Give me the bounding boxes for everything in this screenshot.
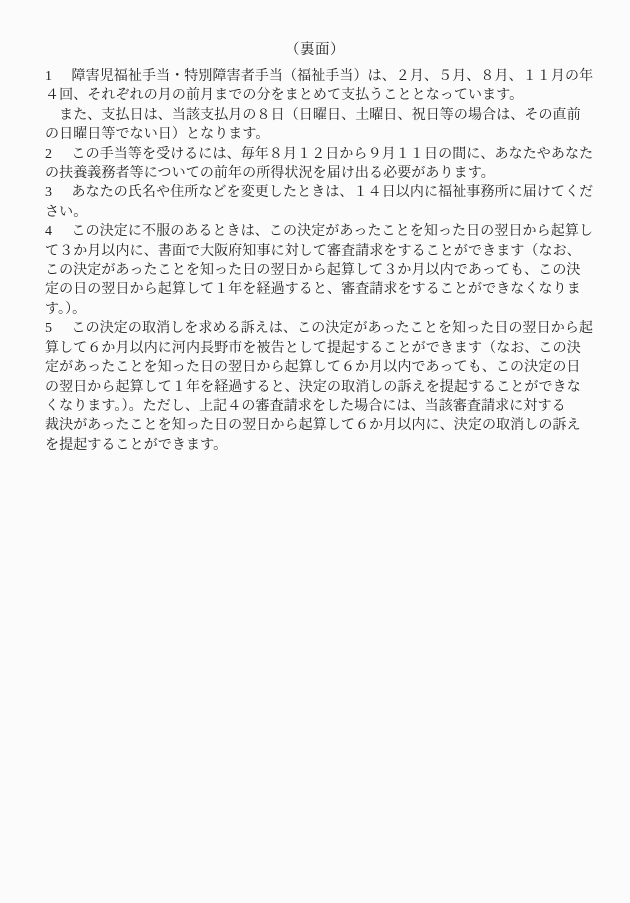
document-line: の扶養義務者等についての前年の所得状況を届け出る必要があります。 xyxy=(45,164,592,183)
document-line: 2この手当等を受けるには、毎年８月１２日から９月１１日の間に、あなたやあなた xyxy=(45,145,592,164)
document-line: を提起することができます。 xyxy=(45,436,592,455)
item-number: 1 xyxy=(45,67,72,86)
item-number: 5 xyxy=(45,319,72,338)
document-page: （裏面） 1障害児福祉手当・特別障害者手当（福祉手当）は、２月、５月、８月、１１… xyxy=(0,0,630,903)
document-line: 4この決定に不服のあるときは、この決定があったことを知った日の翌日から起算し xyxy=(45,222,592,241)
item-number: 2 xyxy=(45,145,72,164)
item-text: 障害児福祉手当・特別障害者手当（福祉手当）は、２月、５月、８月、１１月の年 xyxy=(72,69,594,84)
item-text: この決定に不服のあるときは、この決定があったことを知った日の翌日から起算し xyxy=(72,224,594,239)
document-line: 1障害児福祉手当・特別障害者手当（福祉手当）は、２月、５月、８月、１１月の年 xyxy=(45,67,592,86)
item-number: 4 xyxy=(45,222,72,241)
document-line: 裁決があったことを知った日の翌日から起算して６か月以内に、決定の取消しの訴え xyxy=(45,416,592,435)
document-line: さい。 xyxy=(45,203,592,222)
document-line: ４回、それぞれの月の前月までの分をまとめて支払うこととなっています。 xyxy=(45,86,592,105)
document-line: 定があったことを知った日の翌日から起算して６か月以内であっても、この決定の日 xyxy=(45,358,592,377)
document-line: て３か月以内に、書面で大阪府知事に対して審査請求をすることができます（なお、 xyxy=(45,242,592,261)
item-text: あなたの氏名や住所などを変更したときは、１４日以内に福祉事務所に届けてくだ xyxy=(72,185,594,200)
item-text: この決定の取消しを求める訴えは、この決定があったことを知った日の翌日から起 xyxy=(72,321,594,336)
item-text: この手当等を受けるには、毎年８月１２日から９月１１日の間に、あなたやあなた xyxy=(72,147,594,162)
document-line: また、支払日は、当該支払月の８日（日曜日、土曜日、祝日等の場合は、その直前 xyxy=(45,106,592,125)
page-title: （裏面） xyxy=(0,42,630,59)
document-line: す。）。 xyxy=(45,300,592,319)
document-line: 定の日の翌日から起算して１年を経過すると、審査請求をすることができなくなりま xyxy=(45,280,592,299)
document-body: 1障害児福祉手当・特別障害者手当（福祉手当）は、２月、５月、８月、１１月の年４回… xyxy=(0,67,630,455)
document-line: の日曜日等でない日）となります。 xyxy=(45,125,592,144)
document-line: 3あなたの氏名や住所などを変更したときは、１４日以内に福祉事務所に届けてくだ xyxy=(45,183,592,202)
document-line: の翌日から起算して１年を経過すると、決定の取消しの訴えを提起することができな xyxy=(45,378,592,397)
document-line: この決定があったことを知った日の翌日から起算して３か月以内であっても、この決 xyxy=(45,261,592,280)
item-number: 3 xyxy=(45,183,72,202)
document-line: 5この決定の取消しを求める訴えは、この決定があったことを知った日の翌日から起 xyxy=(45,319,592,338)
document-line: 算して６か月以内に河内長野市を被告として提起することができます（なお、この決 xyxy=(45,339,592,358)
document-line: くなります。）。ただし、上記４の審査請求をした場合には、当該審査請求に対する xyxy=(45,397,592,416)
